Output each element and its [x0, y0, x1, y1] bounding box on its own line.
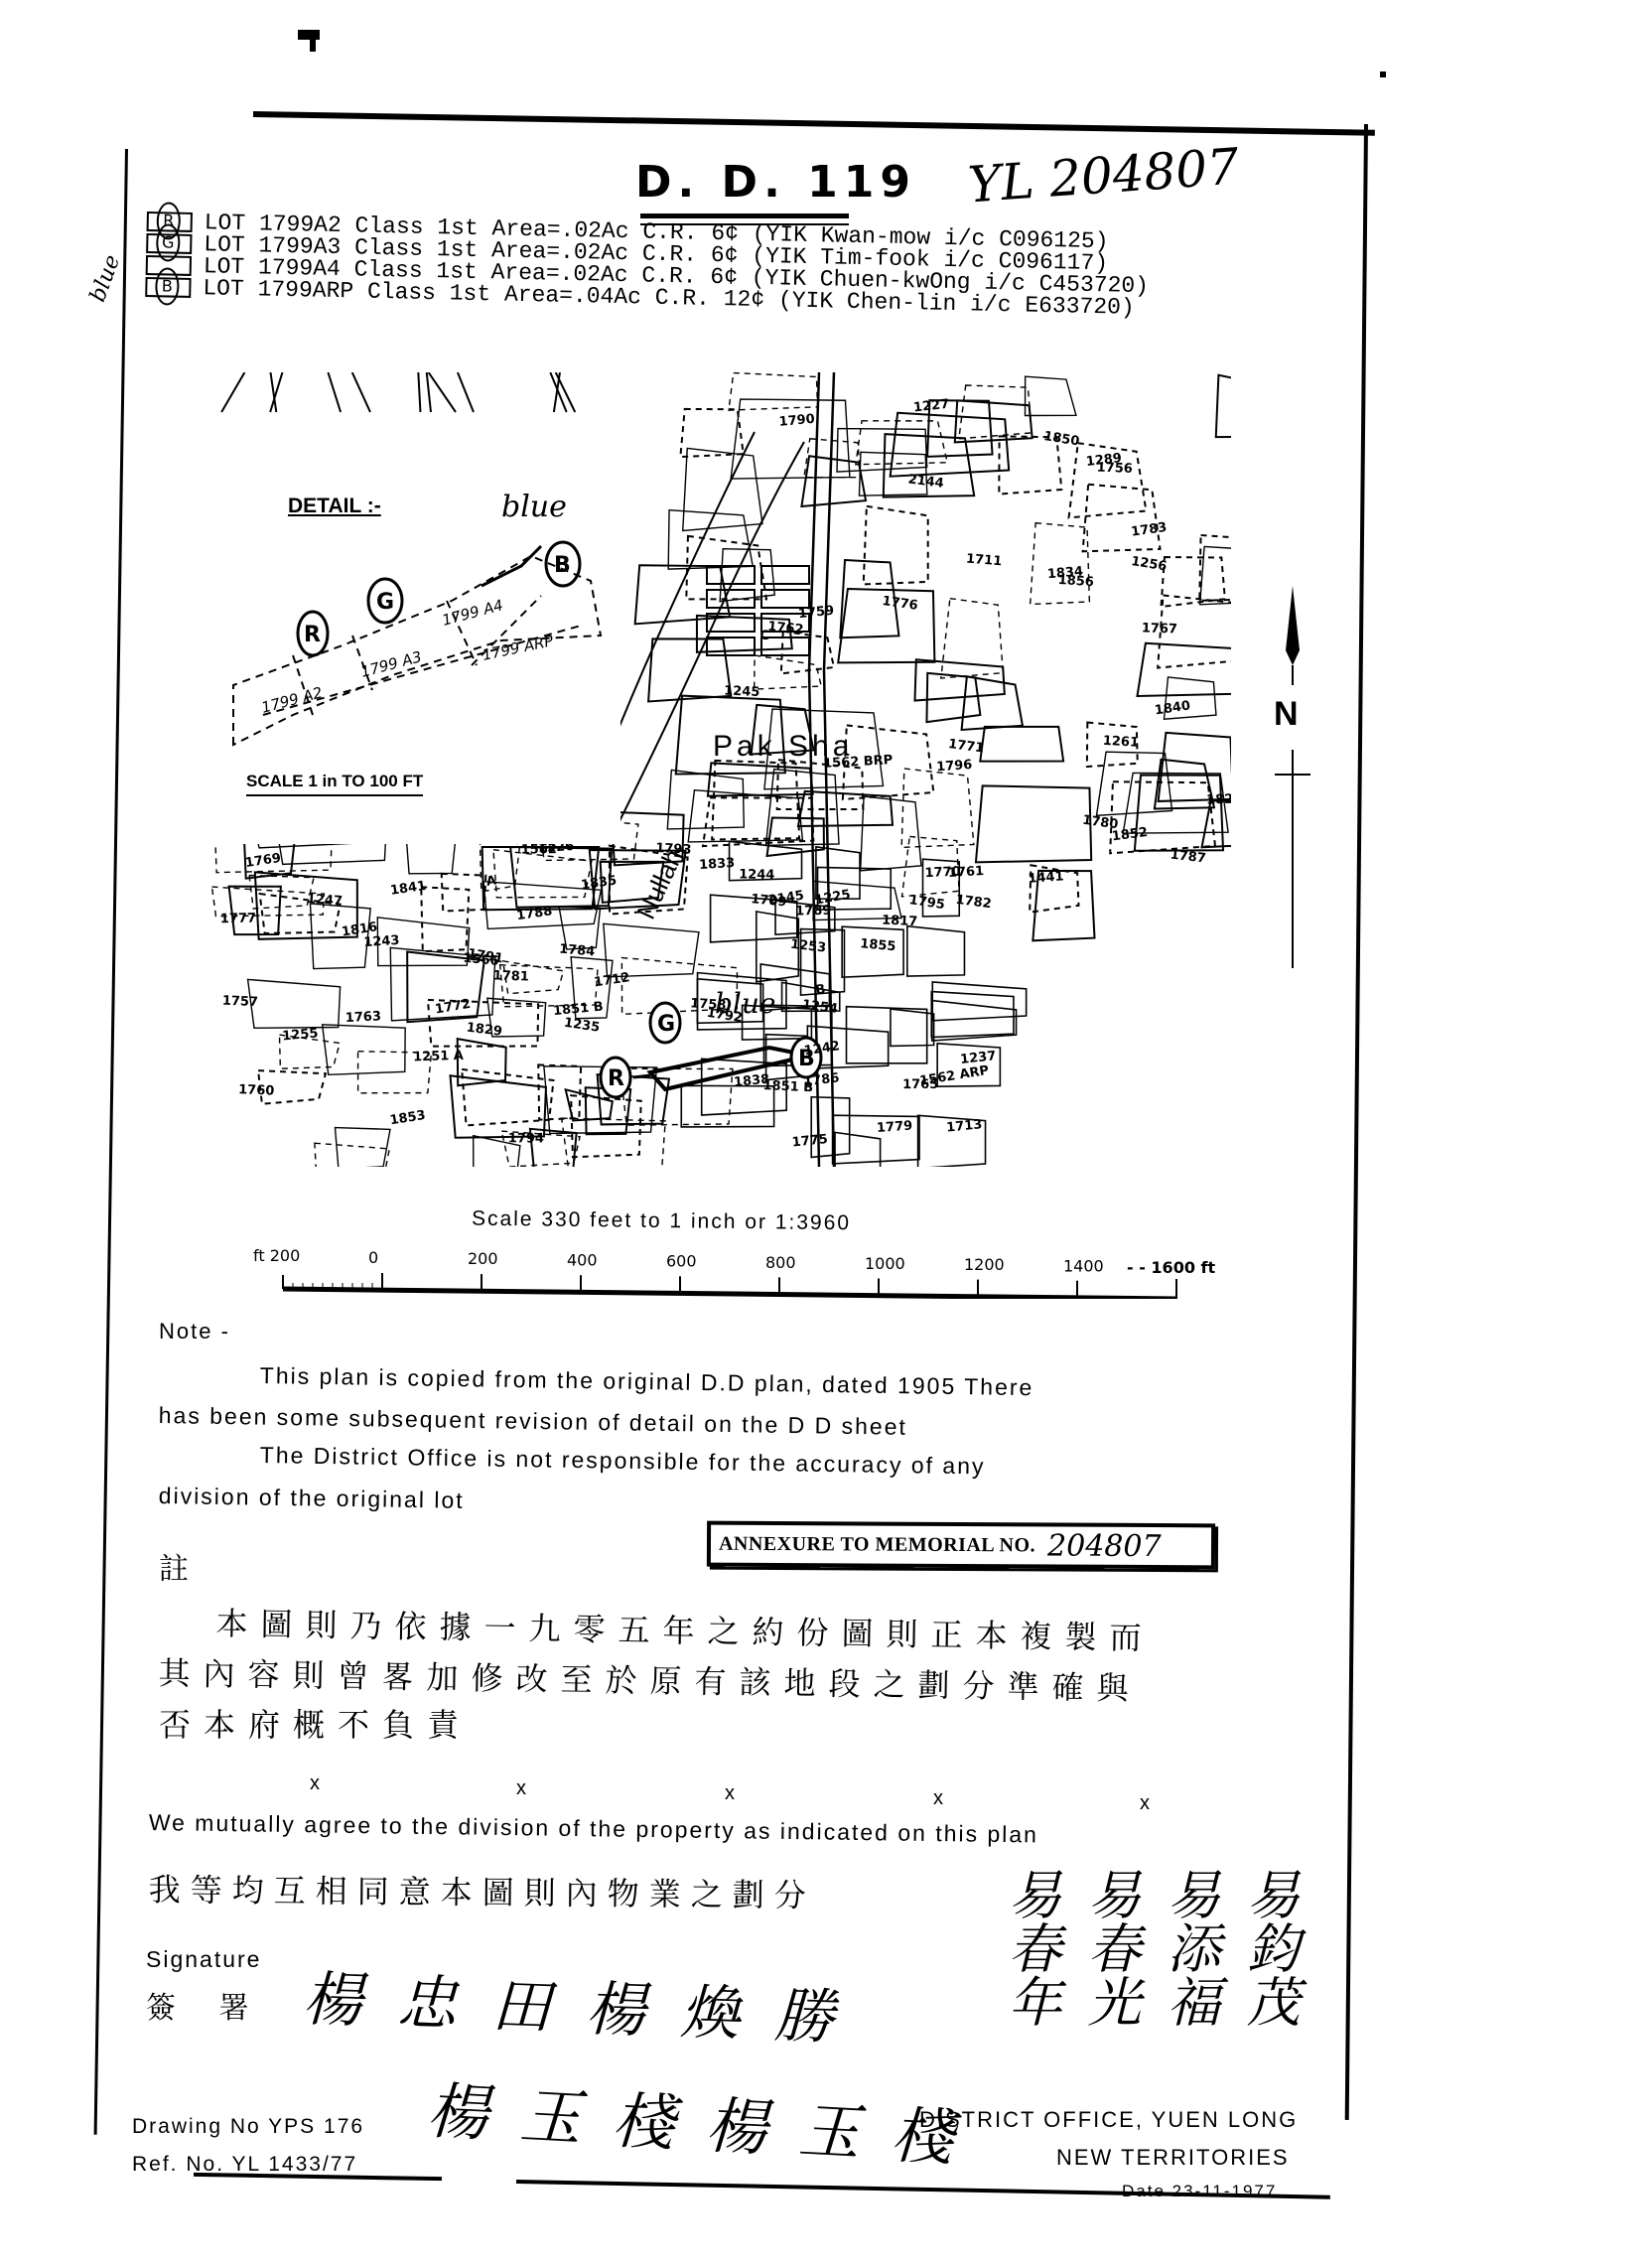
- svg-text:1770: 1770: [924, 865, 961, 882]
- svg-text:1762: 1762: [767, 620, 804, 637]
- detail-lot-label: 1799 A3: [358, 647, 423, 681]
- svg-text:1851 B: 1851 B: [553, 999, 605, 1019]
- lot-legend: R LOT 1799A2 Class 1st Area=.02Ac C.R. 6…: [145, 211, 1150, 319]
- svg-text:- - 1600 ft: - - 1600 ft: [1127, 1258, 1215, 1277]
- svg-text:1712: 1712: [593, 970, 630, 990]
- handwritten-signature: 易春光: [1072, 1867, 1149, 2028]
- handwritten-signature: 楊 玉 棧 楊 玉 棧: [425, 2061, 961, 2178]
- svg-text:1855: 1855: [860, 936, 896, 954]
- svg-text:1254: 1254: [801, 998, 839, 1017]
- svg-text:1243: 1243: [363, 933, 400, 950]
- svg-text:1759: 1759: [797, 604, 835, 623]
- detail-mark: R: [304, 623, 321, 647]
- svg-text:1790: 1790: [778, 412, 815, 430]
- svg-text:1782: 1782: [955, 893, 993, 913]
- svg-text:1794: 1794: [508, 1131, 544, 1146]
- district-office: DISTRICT OFFICE, YUEN LONG: [919, 2107, 1298, 2133]
- district-office-region: NEW TERRITORIES: [1056, 2145, 1290, 2171]
- svg-text:B: B: [814, 982, 826, 998]
- svg-text:1850: 1850: [1042, 429, 1080, 450]
- signature-x-mark: x: [516, 1777, 526, 1800]
- svg-text:2144: 2144: [907, 472, 945, 491]
- svg-text:1817: 1817: [882, 914, 918, 930]
- svg-text:1771: 1771: [947, 737, 985, 757]
- handwritten-signature: 易鈞茂: [1231, 1867, 1308, 2028]
- svg-text:1856: 1856: [1057, 573, 1094, 590]
- svg-text:1784: 1784: [559, 942, 596, 960]
- lot-mark: B: [155, 267, 180, 305]
- svg-text:1852: 1852: [1111, 825, 1149, 844]
- svg-text:800: 800: [765, 1253, 796, 1272]
- svg-text:1713: 1713: [946, 1117, 983, 1135]
- handwritten-signature: 易添福: [1152, 1867, 1228, 2028]
- note-text: The District Office is not responsible f…: [260, 1442, 986, 1480]
- title-underline: [640, 213, 849, 218]
- svg-text:200: 200: [468, 1249, 498, 1268]
- detail-mark: G: [376, 590, 394, 615]
- svg-text:1795: 1795: [908, 893, 946, 913]
- zh-note-text: 否本府概不負責: [159, 1700, 472, 1746]
- svg-text:1851 B: 1851 B: [762, 1078, 813, 1095]
- signature-x-mark: x: [725, 1782, 735, 1805]
- svg-text:1711: 1711: [965, 551, 1002, 569]
- svg-text:1781: 1781: [492, 968, 529, 984]
- svg-text:1853: 1853: [389, 1108, 427, 1128]
- scan-speck: [1380, 71, 1386, 77]
- svg-text:G: G: [657, 1012, 675, 1037]
- handwritten-signatures-right: 易春年 易春光 易添福 易鈞茂: [993, 1867, 1320, 2125]
- svg-text:ft 200: ft 200: [253, 1246, 300, 1265]
- drawing-number: Drawing No YPS 176: [132, 2115, 364, 2139]
- svg-text:1828: 1828: [1206, 791, 1231, 807]
- memorial-ref-handwritten: YL 204807: [966, 138, 1240, 214]
- reference-number: Ref. No. YL 1433/77: [132, 2153, 357, 2177]
- scan-speck: [298, 30, 320, 40]
- svg-text:1244: 1244: [739, 867, 774, 883]
- note-text: This plan is copied from the original D.…: [260, 1362, 1034, 1401]
- svg-text:1253: 1253: [789, 937, 827, 956]
- place-name: Pak Sha: [713, 730, 853, 764]
- svg-text:1777: 1777: [220, 912, 256, 927]
- frame-right-border: [1345, 124, 1368, 2120]
- stamp-label: ANNEXURE TO MEMORIAL NO.: [719, 1532, 1035, 1557]
- svg-text:1776: 1776: [882, 594, 919, 614]
- detail-title: DETAIL :-: [288, 495, 381, 518]
- svg-text:1765: 1765: [902, 1077, 938, 1092]
- svg-text:1835: 1835: [580, 873, 618, 893]
- note-label: Note -: [159, 1319, 230, 1345]
- svg-text:1247: 1247: [306, 892, 343, 910]
- annexure-stamp: ANNEXURE TO MEMORIAL NO. 204807: [707, 1521, 1215, 1570]
- signature-x-mark: x: [310, 1772, 320, 1795]
- detail-lot-label: 1799 ARP: [481, 632, 556, 664]
- stamp-number: 204807: [1047, 1528, 1162, 1564]
- svg-text:600: 600: [666, 1252, 697, 1271]
- svg-text:1756: 1756: [1096, 461, 1133, 477]
- svg-text:C: C: [759, 629, 770, 644]
- svg-text:1775: 1775: [791, 1132, 828, 1150]
- scale-bar: ft 2000200400600800100012001400- - 1600 …: [253, 1239, 1246, 1299]
- svg-text:1225: 1225: [814, 888, 852, 909]
- svg-text:1261: 1261: [1102, 734, 1139, 751]
- detail-mark: B: [554, 553, 571, 578]
- svg-text:400: 400: [567, 1250, 598, 1269]
- svg-text:1783: 1783: [1130, 520, 1168, 540]
- svg-text:1400: 1400: [1063, 1256, 1104, 1275]
- svg-text:R: R: [608, 1066, 624, 1091]
- zh-note-label: 註: [159, 1544, 189, 1588]
- svg-text:0: 0: [368, 1248, 378, 1267]
- north-arrow-icon: [1273, 586, 1312, 973]
- svg-text:1441: 1441: [1028, 869, 1064, 886]
- blue-margin-note: blue: [85, 252, 125, 306]
- svg-text:1760: 1760: [238, 1082, 275, 1099]
- lot-color-box: G: [146, 233, 192, 254]
- detail-annotation: blue: [501, 490, 567, 524]
- note-text: division of the original lot: [159, 1483, 465, 1514]
- handwritten-signature: 易春年: [993, 1867, 1069, 2028]
- signature-x-mark: x: [1140, 1792, 1150, 1815]
- document-date: Date 23-11-1977: [1122, 2182, 1277, 2201]
- svg-text:1763: 1763: [344, 1009, 381, 1026]
- svg-text:1255: 1255: [282, 1026, 319, 1044]
- svg-text:1796: 1796: [936, 758, 973, 776]
- lot-color-box: B: [145, 277, 191, 298]
- svg-text:1840: 1840: [1154, 698, 1191, 718]
- svg-text:1245: 1245: [724, 684, 760, 700]
- svg-text:1000: 1000: [865, 1254, 905, 1273]
- svg-text:1779: 1779: [877, 1119, 913, 1136]
- frame-top-border: [253, 111, 1375, 136]
- svg-text:1829: 1829: [466, 1021, 503, 1040]
- svg-text:1787: 1787: [1170, 848, 1207, 867]
- scale-title: Scale 330 feet to 1 inch or 1:3960: [472, 1207, 851, 1236]
- agreement-english: We mutually agree to the division of the…: [149, 1809, 1039, 1849]
- svg-text:1757: 1757: [222, 994, 259, 1010]
- document-title: D. D. 119: [635, 157, 916, 208]
- scan-speck: [310, 40, 316, 52]
- signature-label: Signature: [146, 1946, 261, 1973]
- svg-text:1227: 1227: [912, 397, 950, 416]
- detail-scale: SCALE 1 in TO 100 FT: [246, 772, 423, 796]
- note-text: has been some subsequent revision of det…: [159, 1402, 908, 1441]
- svg-text:1200: 1200: [964, 1255, 1005, 1274]
- svg-text:1769: 1769: [244, 851, 282, 871]
- svg-text:1251 A: 1251 A: [413, 1049, 464, 1065]
- north-label: N: [1274, 695, 1299, 734]
- svg-text:1237: 1237: [959, 1049, 997, 1067]
- zh-note-text: 本圖則乃依據一九零五年之約份圖則正本複製而: [215, 1599, 1155, 1659]
- svg-text:1767: 1767: [1142, 621, 1178, 637]
- detail-lot-label: 1799 A2: [259, 683, 324, 717]
- agreement-chinese: 我等均互相同意本圖則內物業之劃分: [149, 1865, 816, 1916]
- frame-left-border: [94, 149, 128, 2135]
- svg-text:1833: 1833: [699, 856, 736, 873]
- svg-text:1256: 1256: [1130, 554, 1168, 574]
- signature-x-mark: x: [933, 1787, 943, 1810]
- handwritten-signature: 楊 忠 田 楊 煥 勝: [302, 1952, 844, 2056]
- signature-label-zh: 簽 署: [146, 1983, 267, 2027]
- svg-text:1841: 1841: [389, 879, 427, 899]
